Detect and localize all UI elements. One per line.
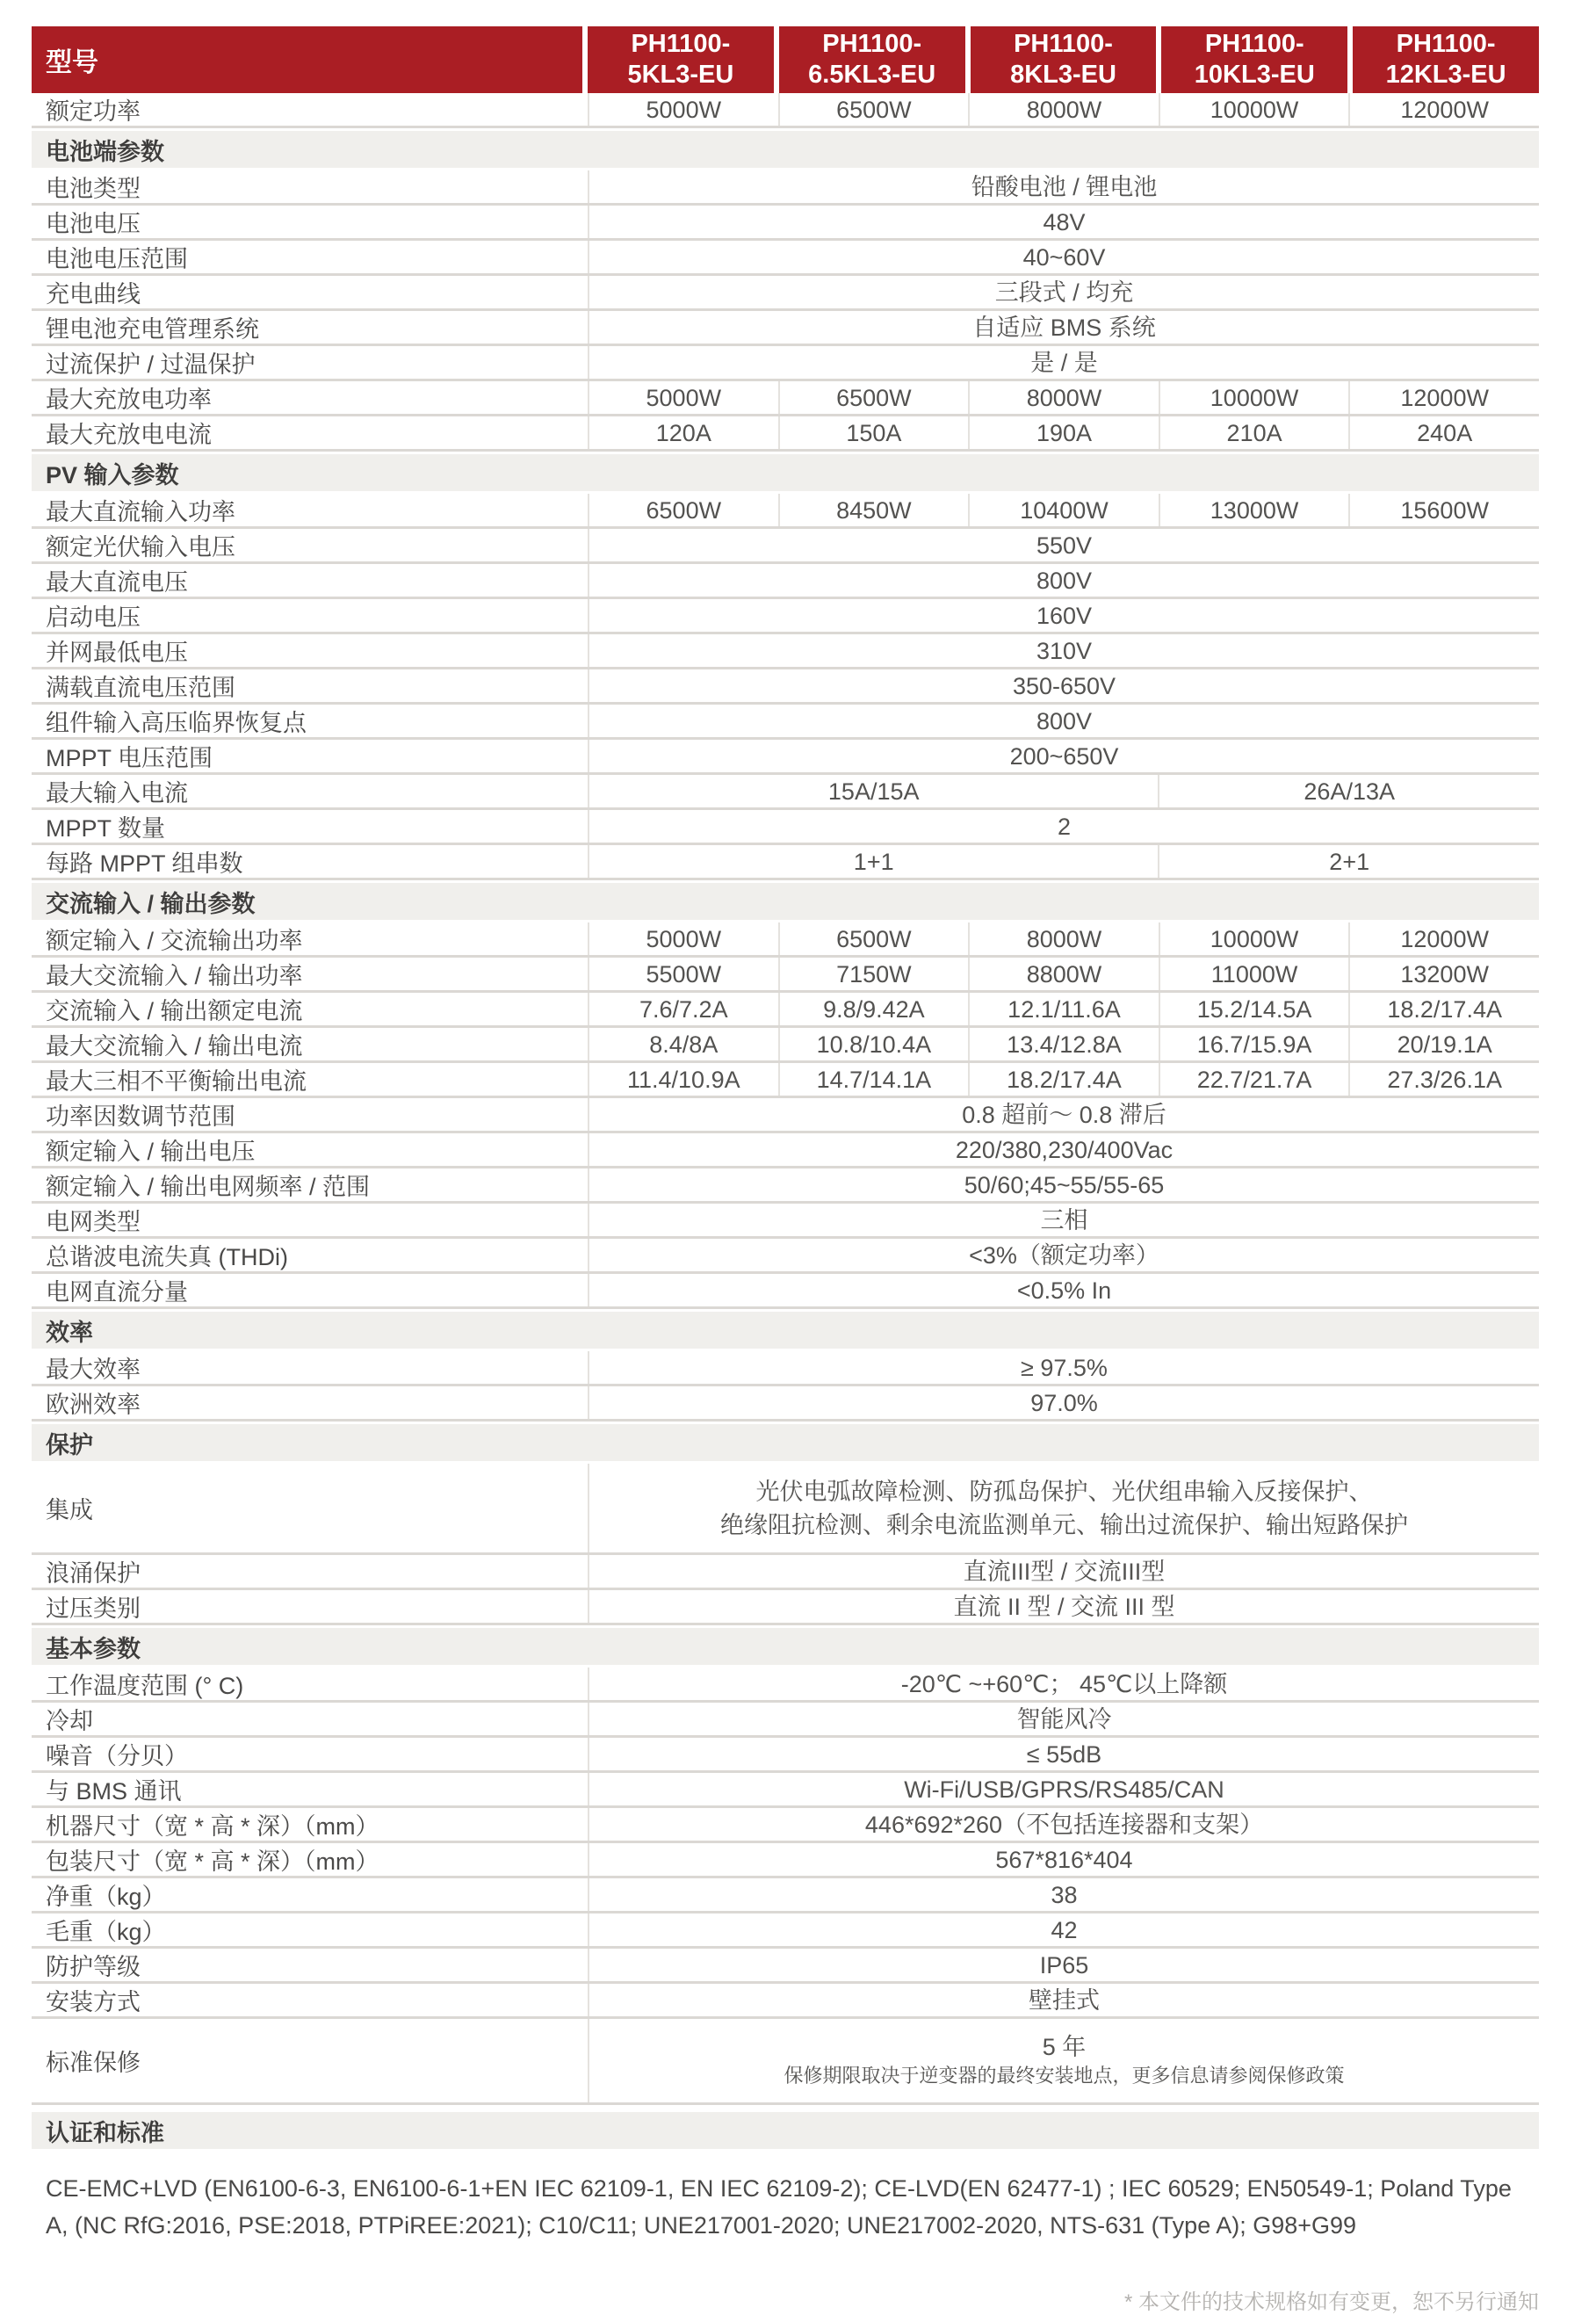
row-label: 电池电压 (32, 206, 588, 238)
merged-value-cell: 自适应 BMS 系统 (588, 311, 1539, 344)
merged-value-cell: 50/60;45~55/55-65 (588, 1168, 1539, 1201)
row-label: 额定功率 (32, 93, 588, 126)
warranty-cell: 5 年保修期限取决于逆变器的最终安装地点，更多信息请参阅保修政策 (588, 2019, 1539, 2102)
value-cell: 13200W (1348, 958, 1539, 990)
row-label: 集成 (32, 1464, 588, 1552)
value-cell: 10400W (968, 494, 1159, 526)
table-row: 启动电压160V (32, 599, 1539, 634)
value-cell: 5000W (588, 93, 778, 126)
row-label: 净重（kg） (32, 1878, 588, 1911)
value-cell: 12000W (1348, 93, 1539, 126)
merged-value-cell: 三相 (588, 1204, 1539, 1236)
row-label: 并网最低电压 (32, 634, 588, 667)
table-row: 机器尺寸（宽 * 高 * 深）（mm）446*692*260（不包括连接器和支架… (32, 1808, 1539, 1843)
value-cell: 5000W (588, 381, 778, 414)
table-row: MPPT 电压范围200~650V (32, 740, 1539, 775)
value-cell: 5500W (588, 958, 778, 990)
row-label: 最大充放电功率 (32, 381, 588, 414)
row-label: 包装尺寸（宽 * 高 * 深）（mm） (32, 1843, 588, 1876)
value-cell: 13000W (1159, 494, 1349, 526)
value-cell: 16.7/15.9A (1159, 1028, 1349, 1060)
value-cell: 18.2/17.4A (968, 1063, 1159, 1096)
section-row: 保护 (32, 1424, 1539, 1461)
row-label: 欧洲效率 (32, 1386, 588, 1419)
value-cell: 6500W (778, 93, 969, 126)
value-cell: 10000W (1159, 922, 1349, 955)
value-cell: 10.8/10.4A (778, 1028, 969, 1060)
row-label: 噪音（分贝） (32, 1738, 588, 1770)
table-row: 工作温度范围 (° C)-20℃ ~+60℃； 45℃以上降额 (32, 1668, 1539, 1703)
row-label: MPPT 电压范围 (32, 740, 588, 772)
row-label: 最大充放电电流 (32, 416, 588, 449)
merged-value-cell: 壁挂式 (588, 1984, 1539, 2016)
value-cell: 9.8/9.42A (778, 993, 969, 1025)
value-cell: 12000W (1348, 381, 1539, 414)
row-label: 冷却 (32, 1703, 588, 1735)
table-row: 过流保护 / 过温保护是 / 是 (32, 346, 1539, 381)
value-cell: 14.7/14.1A (778, 1063, 969, 1096)
section-row: 电池端参数 (32, 131, 1539, 168)
value-cell: 11.4/10.9A (588, 1063, 778, 1096)
table-row: 电网直流分量<0.5% In (32, 1274, 1539, 1309)
table-row: 电网类型三相 (32, 1204, 1539, 1239)
value-cell: 13.4/12.8A (968, 1028, 1159, 1060)
merged-value-cell: 310V (588, 634, 1539, 667)
value-cell: 12.1/11.6A (968, 993, 1159, 1025)
value-cell: 8000W (968, 93, 1159, 126)
value-cell: 210A (1159, 416, 1349, 449)
table-row: 组件输入高压临界恢复点800V (32, 705, 1539, 740)
table-row: 包装尺寸（宽 * 高 * 深）（mm）567*816*404 (32, 1843, 1539, 1878)
merged-value-cell: -20℃ ~+60℃； 45℃以上降额 (588, 1668, 1539, 1700)
table-row: 每路 MPPT 组串数1+12+1 (32, 845, 1539, 880)
table-row: 最大直流输入功率6500W8450W10400W13000W15600W (32, 494, 1539, 529)
merged-value-cell: ≤ 55dB (588, 1738, 1539, 1770)
row-label: 机器尺寸（宽 * 高 * 深）（mm） (32, 1808, 588, 1841)
value-cell: 12000W (1348, 922, 1539, 955)
value-cell: 8000W (968, 922, 1159, 955)
value-cell: 8000W (968, 381, 1159, 414)
table-row: 额定输入 / 输出电压220/380,230/400Vac (32, 1133, 1539, 1168)
merged-value-cell: 48V (588, 206, 1539, 238)
section-row-certifications: 认证和标准 (32, 2112, 1539, 2149)
value-cell: 15600W (1348, 494, 1539, 526)
table-row: 最大充放电功率5000W6500W8000W10000W12000W (32, 381, 1539, 416)
table-row: 锂电池充电管理系统自适应 BMS 系统 (32, 311, 1539, 346)
warranty-term: 5 年 (1043, 2033, 1087, 2061)
value-cell: 18.2/17.4A (1348, 993, 1539, 1025)
row-label: 最大输入电流 (32, 775, 588, 807)
value-cell: 240A (1348, 416, 1539, 449)
value-cell: 120A (588, 416, 778, 449)
value-cell: 190A (968, 416, 1159, 449)
value-cell: 20/19.1A (1348, 1028, 1539, 1060)
spec-table-rows: 额定功率5000W6500W8000W10000W12000W电池端参数电池类型… (32, 93, 1539, 2105)
row-label: 毛重（kg） (32, 1913, 588, 1946)
table-row: 噪音（分贝）≤ 55dB (32, 1738, 1539, 1773)
table-row: 总谐波电流失真 (THDi)<3%（额定功率） (32, 1239, 1539, 1274)
merged-value-cell: 光伏电弧故障检测、防孤岛保护、光伏组串输入反接保护、 绝缘阻抗检测、剩余电流监测… (588, 1464, 1539, 1552)
row-label: 启动电压 (32, 599, 588, 632)
table-row: 与 BMS 通讯Wi-Fi/USB/GPRS/RS485/CAN (32, 1773, 1539, 1808)
merged-value-cell: ≥ 97.5% (588, 1351, 1539, 1384)
table-row: 充电曲线三段式 / 均充 (32, 276, 1539, 311)
row-label: 每路 MPPT 组串数 (32, 845, 588, 878)
table-row: MPPT 数量2 (32, 810, 1539, 845)
table-row: 电池电压48V (32, 206, 1539, 241)
certifications-text: CE-EMC+LVD (EN6100-6-3, EN6100-6-1+EN IE… (46, 2170, 1521, 2244)
merged-right-cell: 26A/13A (1158, 775, 1539, 807)
merged-value-cell: Wi-Fi/USB/GPRS/RS485/CAN (588, 1773, 1539, 1805)
row-label: 安装方式 (32, 1984, 588, 2016)
row-label: 过流保护 / 过温保护 (32, 346, 588, 379)
table-row: 电池类型铅酸电池 / 锂电池 (32, 170, 1539, 206)
value-cell: 11000W (1159, 958, 1349, 990)
row-label: 最大直流输入功率 (32, 494, 588, 526)
table-row: 最大交流输入 / 输出电流8.4/8A10.8/10.4A13.4/12.8A1… (32, 1028, 1539, 1063)
table-row: 额定光伏输入电压550V (32, 529, 1539, 564)
row-label: 充电曲线 (32, 276, 588, 308)
table-row: 最大直流电压800V (32, 564, 1539, 599)
row-label: 标准保修 (32, 2019, 588, 2102)
row-label: 满载直流电压范围 (32, 669, 588, 702)
row-label: 与 BMS 通讯 (32, 1773, 588, 1805)
value-cell: 27.3/26.1A (1348, 1063, 1539, 1096)
table-row: 冷却智能风冷 (32, 1703, 1539, 1738)
table-row: 额定功率5000W6500W8000W10000W12000W (32, 93, 1539, 128)
merged-value-cell: 220/380,230/400Vac (588, 1133, 1539, 1166)
merged-value-cell: 是 / 是 (588, 346, 1539, 379)
value-cell: 150A (778, 416, 969, 449)
merged-value-cell: 446*692*260（不包括连接器和支架） (588, 1808, 1539, 1841)
row-label: 浪涌保护 (32, 1555, 588, 1588)
row-label: 总谐波电流失真 (THDi) (32, 1239, 588, 1271)
section-row: 交流输入 / 输出参数 (32, 883, 1539, 920)
merged-value-cell: 直流III型 / 交流III型 (588, 1555, 1539, 1588)
row-label: 电网直流分量 (32, 1274, 588, 1306)
merged-value-cell: <0.5% In (588, 1274, 1539, 1306)
merged-value-cell: 550V (588, 529, 1539, 561)
merged-value-cell: 567*816*404 (588, 1843, 1539, 1876)
merged-value-cell: 350-650V (588, 669, 1539, 702)
row-label: 最大交流输入 / 输出电流 (32, 1028, 588, 1060)
row-label: 电池电压范围 (32, 241, 588, 273)
merged-value-cell: 智能风冷 (588, 1703, 1539, 1735)
row-label: 最大交流输入 / 输出功率 (32, 958, 588, 990)
row-label: 额定输入 / 输出电网频率 / 范围 (32, 1168, 588, 1201)
model-header-label: 型号 (32, 26, 582, 93)
merged-left-cell: 15A/15A (588, 775, 1158, 807)
model-header-cell-1: PH1100- 5KL3-EU (588, 26, 774, 93)
model-header-cell-2: PH1100- 6.5KL3-EU (779, 26, 965, 93)
row-label: 最大三相不平衡输出电流 (32, 1063, 588, 1096)
row-label: 额定光伏输入电压 (32, 529, 588, 561)
model-header-cell-3: PH1100- 8KL3-EU (971, 26, 1157, 93)
table-row: 满载直流电压范围350-650V (32, 669, 1539, 705)
value-cell: 22.7/21.7A (1159, 1063, 1349, 1096)
value-cell: 8800W (968, 958, 1159, 990)
disclaimer-footnote: * 本文件的技术规格如有变更，恕不另行通知 (32, 2284, 1539, 2315)
table-row: 最大输入电流15A/15A26A/13A (32, 775, 1539, 810)
table-row: 最大三相不平衡输出电流11.4/10.9A14.7/14.1A18.2/17.4… (32, 1063, 1539, 1098)
table-row: 毛重（kg）42 (32, 1913, 1539, 1949)
row-label: 锂电池充电管理系统 (32, 311, 588, 344)
spec-sheet: 型号 PH1100- 5KL3-EU PH1100- 6.5KL3-EU PH1… (32, 26, 1539, 2315)
table-row: 过压类别直流 II 型 / 交流 III 型 (32, 1590, 1539, 1625)
row-label: 交流输入 / 输出额定电流 (32, 993, 588, 1025)
table-row: 欧洲效率97.0% (32, 1386, 1539, 1422)
section-row: PV 输入参数 (32, 454, 1539, 491)
table-row: 额定输入 / 输出电网频率 / 范围50/60;45~55/55-65 (32, 1168, 1539, 1204)
model-header-cell-5: PH1100- 12KL3-EU (1353, 26, 1539, 93)
merged-value-cell: 2 (588, 810, 1539, 843)
table-header-row: 型号 PH1100- 5KL3-EU PH1100- 6.5KL3-EU PH1… (32, 26, 1539, 93)
row-label: 电池类型 (32, 170, 588, 203)
section-row: 效率 (32, 1312, 1539, 1349)
merged-value-cell: 直流 II 型 / 交流 III 型 (588, 1590, 1539, 1623)
merged-value-cell: 0.8 超前～ 0.8 滞后 (588, 1098, 1539, 1131)
merged-value-cell: 160V (588, 599, 1539, 632)
table-row: 净重（kg）38 (32, 1878, 1539, 1913)
merged-left-cell: 1+1 (588, 845, 1158, 878)
table-row: 集成光伏电弧故障检测、防孤岛保护、光伏组串输入反接保护、 绝缘阻抗检测、剩余电流… (32, 1464, 1539, 1555)
row-label: 额定输入 / 交流输出功率 (32, 922, 588, 955)
value-cell: 8.4/8A (588, 1028, 778, 1060)
value-cell: 10000W (1159, 93, 1349, 126)
value-cell: 7150W (778, 958, 969, 990)
merged-value-cell: 40~60V (588, 241, 1539, 273)
value-cell: 6500W (778, 381, 969, 414)
row-label: 电网类型 (32, 1204, 588, 1236)
table-row: 额定输入 / 交流输出功率5000W6500W8000W10000W12000W (32, 922, 1539, 958)
table-row: 防护等级IP65 (32, 1949, 1539, 1984)
row-label: 组件输入高压临界恢复点 (32, 705, 588, 737)
value-cell: 5000W (588, 922, 778, 955)
table-row: 安装方式壁挂式 (32, 1984, 1539, 2019)
value-cell: 15.2/14.5A (1159, 993, 1349, 1025)
row-label: MPPT 数量 (32, 810, 588, 843)
table-row: 最大充放电电流120A150A190A210A240A (32, 416, 1539, 452)
merged-value-cell: 铅酸电池 / 锂电池 (588, 170, 1539, 203)
table-row: 电池电压范围40~60V (32, 241, 1539, 276)
table-row: 功率因数调节范围0.8 超前～ 0.8 滞后 (32, 1098, 1539, 1133)
value-cell: 10000W (1159, 381, 1349, 414)
merged-value-cell: 800V (588, 705, 1539, 737)
merged-right-cell: 2+1 (1158, 845, 1539, 878)
row-label: 过压类别 (32, 1590, 588, 1623)
table-row: 最大交流输入 / 输出功率5500W7150W8800W11000W13200W (32, 958, 1539, 993)
row-label: 防护等级 (32, 1949, 588, 1981)
section-row: 基本参数 (32, 1628, 1539, 1665)
merged-value-cell: 38 (588, 1878, 1539, 1911)
merged-value-cell: <3%（额定功率） (588, 1239, 1539, 1271)
merged-value-cell: IP65 (588, 1949, 1539, 1981)
row-label: 工作温度范围 (° C) (32, 1668, 588, 1700)
table-row: 并网最低电压310V (32, 634, 1539, 669)
table-row: 最大效率≥ 97.5% (32, 1351, 1539, 1386)
value-cell: 6500W (588, 494, 778, 526)
table-row: 浪涌保护直流III型 / 交流III型 (32, 1555, 1539, 1590)
merged-value-cell: 42 (588, 1913, 1539, 1946)
value-cell: 7.6/7.2A (588, 993, 778, 1025)
merged-value-cell: 200~650V (588, 740, 1539, 772)
merged-value-cell: 97.0% (588, 1386, 1539, 1419)
row-label: 功率因数调节范围 (32, 1098, 588, 1131)
warranty-note: 保修期限取决于逆变器的最终安装地点，更多信息请参阅保修政策 (784, 2063, 1344, 2089)
value-cell: 8450W (778, 494, 969, 526)
table-row: 交流输入 / 输出额定电流7.6/7.2A9.8/9.42A12.1/11.6A… (32, 993, 1539, 1028)
row-label: 额定输入 / 输出电压 (32, 1133, 588, 1166)
row-label: 最大效率 (32, 1351, 588, 1384)
value-cell: 6500W (778, 922, 969, 955)
model-header-cell-4: PH1100- 10KL3-EU (1161, 26, 1347, 93)
row-label: 最大直流电压 (32, 564, 588, 597)
merged-value-cell: 800V (588, 564, 1539, 597)
merged-value-cell: 三段式 / 均充 (588, 276, 1539, 308)
table-row: 标准保修5 年保修期限取决于逆变器的最终安装地点，更多信息请参阅保修政策 (32, 2019, 1539, 2105)
